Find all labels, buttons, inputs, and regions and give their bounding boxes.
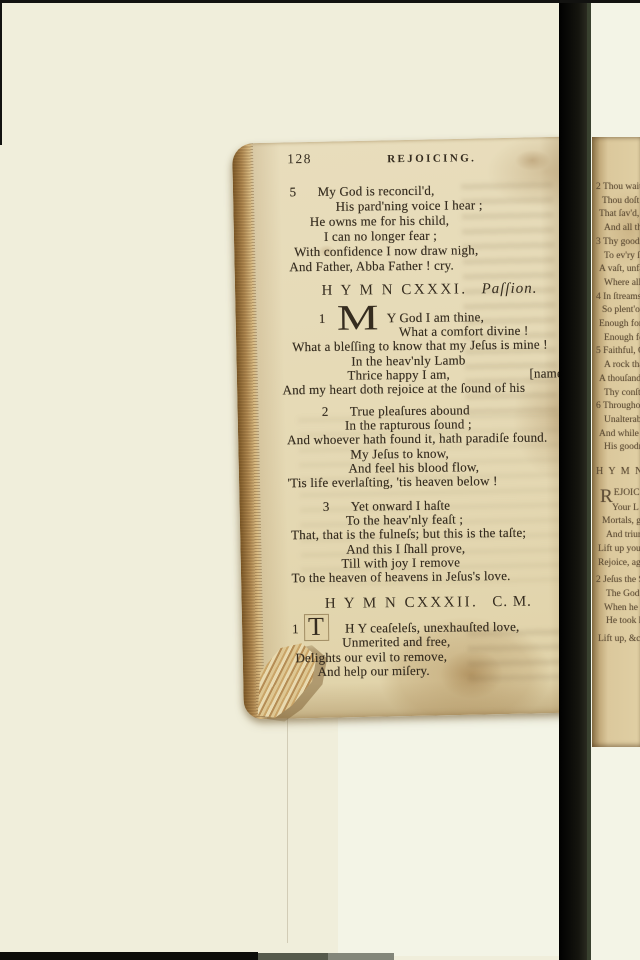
verse: 1MY God I am thine,What a comfort divine… xyxy=(237,308,578,312)
backing-card-bright xyxy=(338,710,562,956)
facing-line: 6 Throughout the xyxy=(596,400,640,414)
facing-line: A rock that xyxy=(596,359,640,373)
hymn-heading-label: H Y M N CXXXII. xyxy=(325,594,479,612)
page-content: 128 REJOICING. 5My God is reconcil'd,His… xyxy=(235,138,582,718)
facing-line: Enough for e xyxy=(596,332,640,346)
facing-line: Your L xyxy=(596,502,640,516)
verse-line: 'Tis life everlaſting, 'tis heaven below… xyxy=(287,473,497,491)
verse-line: And my heart doth rejoice at the ſound o… xyxy=(283,380,526,399)
verse: 3Yet onward I haſteTo the heav'nly feaſt… xyxy=(239,496,580,500)
facing-line: 4 In ſtreams the xyxy=(596,291,640,305)
verse: 2True pleaſures aboundIn the rapturous ſ… xyxy=(238,401,579,405)
facing-line: Enough for all, xyxy=(596,318,640,332)
verse-number: 1 xyxy=(292,621,299,637)
scan-edge-bottom-gray xyxy=(258,953,328,960)
scan-edge-bottom-light xyxy=(328,953,394,960)
hymn-heading-meter: C. M. xyxy=(492,594,532,610)
facing-line: Mortals, give xyxy=(596,515,640,529)
facing-line: Where all ou xyxy=(596,277,640,291)
verse-line: To the heaven of heavens in Jeſus's love… xyxy=(291,568,510,586)
facing-line: To ev'ry ſoul xyxy=(596,250,640,264)
verse-line: And help our miſery. xyxy=(317,663,429,680)
verse-number: 3 xyxy=(323,499,330,515)
drop-cap: T xyxy=(304,614,329,642)
scanned-book-photo: 128 REJOICING. 5My God is reconcil'd,His… xyxy=(0,0,640,960)
verse: 5My God is reconcil'd,His pard'ning voic… xyxy=(235,181,576,185)
verse-line: And Father, Abba Father ! cry. xyxy=(289,258,454,276)
facing-line: His goodneſs xyxy=(596,441,640,455)
facing-line: 3 Thy goodneſs xyxy=(596,236,640,250)
facing-line: Unalterably fi xyxy=(596,414,640,428)
facing-line: 2 Thou waiteſt t xyxy=(596,181,640,195)
hymn-heading-meter: Paſſion. xyxy=(481,281,537,298)
book-strap xyxy=(559,0,587,960)
verse: 1TH Y ceaſeleſs, unexhauſted love,Unmeri… xyxy=(240,618,581,622)
facing-line: REJOIC xyxy=(596,487,640,502)
facing-page-lines: 2 Thou waiteſt tThou doſt wThat ſav'd, w… xyxy=(596,181,640,647)
facing-line: So plent'ous xyxy=(596,304,640,318)
facing-line: 5 Faithful, O Lo xyxy=(596,345,640,359)
verse-number: 1 xyxy=(319,311,326,327)
scan-edge-left xyxy=(0,0,2,145)
facing-line: That ſav'd, we xyxy=(596,208,640,222)
facing-page: 2 Thou waiteſt tThou doſt wThat ſav'd, w… xyxy=(592,137,640,747)
facing-line: He took his xyxy=(596,615,640,629)
facing-line: Thou doſt w xyxy=(596,195,640,209)
hymn-heading-label: H Y M N CXXXI. xyxy=(321,281,467,299)
facing-line: H Y M N C xyxy=(596,465,640,479)
facing-line: A vaſt, unfatho xyxy=(596,263,640,277)
facing-line: A thouſand pro xyxy=(596,373,640,387)
page-sections: 5My God is reconcil'd,His pard'ning voic… xyxy=(235,138,582,718)
facing-line: And triumph xyxy=(596,529,640,543)
scan-edge-bottom xyxy=(0,952,258,960)
scan-edge-top xyxy=(0,0,640,3)
facing-line: The God of xyxy=(596,588,640,602)
verse-number: 2 xyxy=(322,404,329,420)
paper-fiber-line xyxy=(287,718,288,943)
facing-line: Rejoice, again I xyxy=(596,557,640,571)
facing-line: And all thy xyxy=(596,222,640,236)
facing-line: 2 Jeſus the Savi xyxy=(596,574,640,588)
hymn-heading: H Y M N CXXXII.C. M. xyxy=(325,594,532,613)
facing-line: Lift up, &c. xyxy=(596,633,640,647)
facing-line: And while the tr xyxy=(596,428,640,442)
facing-line: Lift up your he xyxy=(596,543,640,557)
book-page: 128 REJOICING. 5My God is reconcil'd,His… xyxy=(232,136,585,719)
drop-cap: M xyxy=(337,303,379,333)
facing-line: Thy conſtancy xyxy=(596,387,640,401)
facing-line: When he had xyxy=(596,602,640,616)
verse-number: 5 xyxy=(289,184,296,200)
